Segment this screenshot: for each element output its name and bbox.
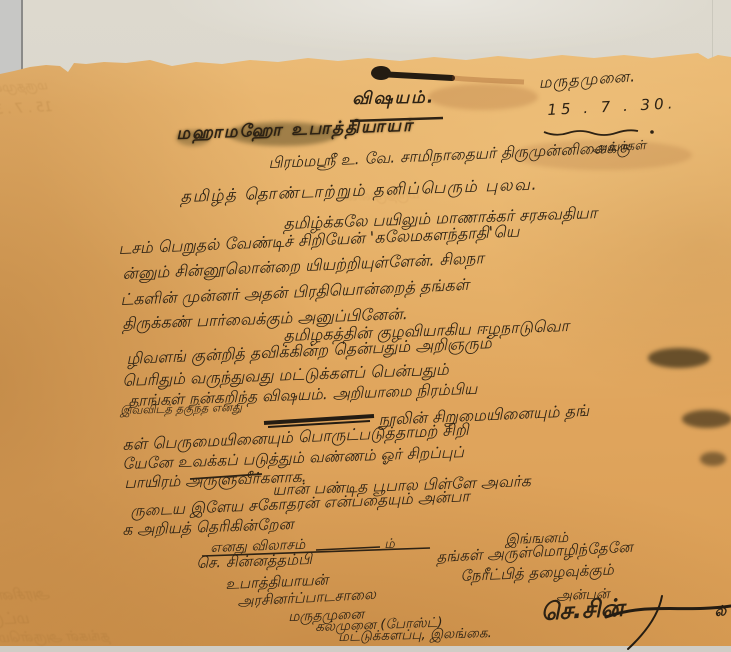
scribble-stroke <box>378 74 452 78</box>
date-underline <box>544 130 638 135</box>
word-underline <box>190 474 262 479</box>
date-underline-dot <box>650 130 654 134</box>
ink-marks <box>0 0 731 652</box>
signature-flourish <box>606 606 731 617</box>
letter-photo: மருதமுனை. 15 . 7 . 30. பிரம்மஸ்ரீ உ. வே.… <box>0 0 731 652</box>
subject-underline <box>350 118 443 121</box>
scribble-smear <box>452 78 524 82</box>
signature-tail-stroke <box>628 596 662 649</box>
